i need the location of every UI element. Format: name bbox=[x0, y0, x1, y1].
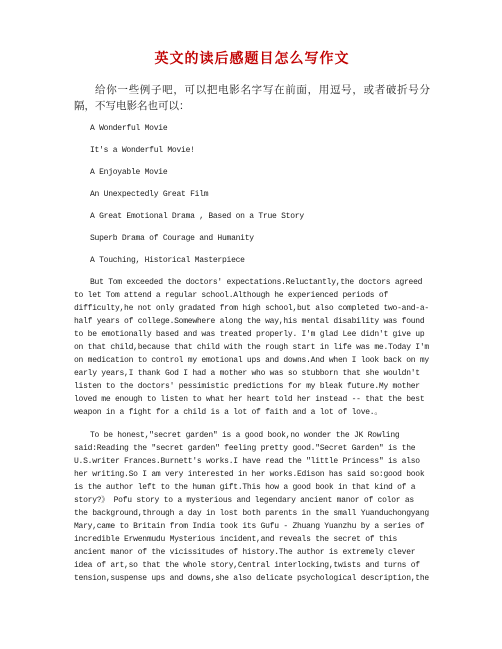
example-title-4: An Unexpectedly Great Film bbox=[74, 188, 430, 201]
document-title: 英文的读后感题目怎么写作文 bbox=[74, 48, 430, 68]
document-page: 英文的读后感题目怎么写作文 给你一些例子吧，可以把电影名字写在前面，用逗号，或者… bbox=[0, 0, 502, 649]
body-paragraph-2: To be honest,"secret garden" is a good b… bbox=[74, 429, 430, 585]
example-title-3: A Enjoyable Movie bbox=[74, 166, 430, 179]
body-paragraph-1: But Tom exceeded the doctors' expectatio… bbox=[74, 276, 430, 419]
example-title-7: A Touching, Historical Masterpiece bbox=[74, 254, 430, 267]
example-title-6: Superb Drama of Courage and Humanity bbox=[74, 232, 430, 245]
example-title-1: A Wonderful Movie bbox=[74, 122, 430, 135]
example-title-2: It's a Wonderful Movie! bbox=[74, 144, 430, 157]
intro-paragraph: 给你一些例子吧，可以把电影名字写在前面，用逗号，或者破折号分隔，不写电影名也可以… bbox=[74, 83, 430, 115]
example-title-5: A Great Emotional Drama , Based on a Tru… bbox=[74, 210, 430, 223]
